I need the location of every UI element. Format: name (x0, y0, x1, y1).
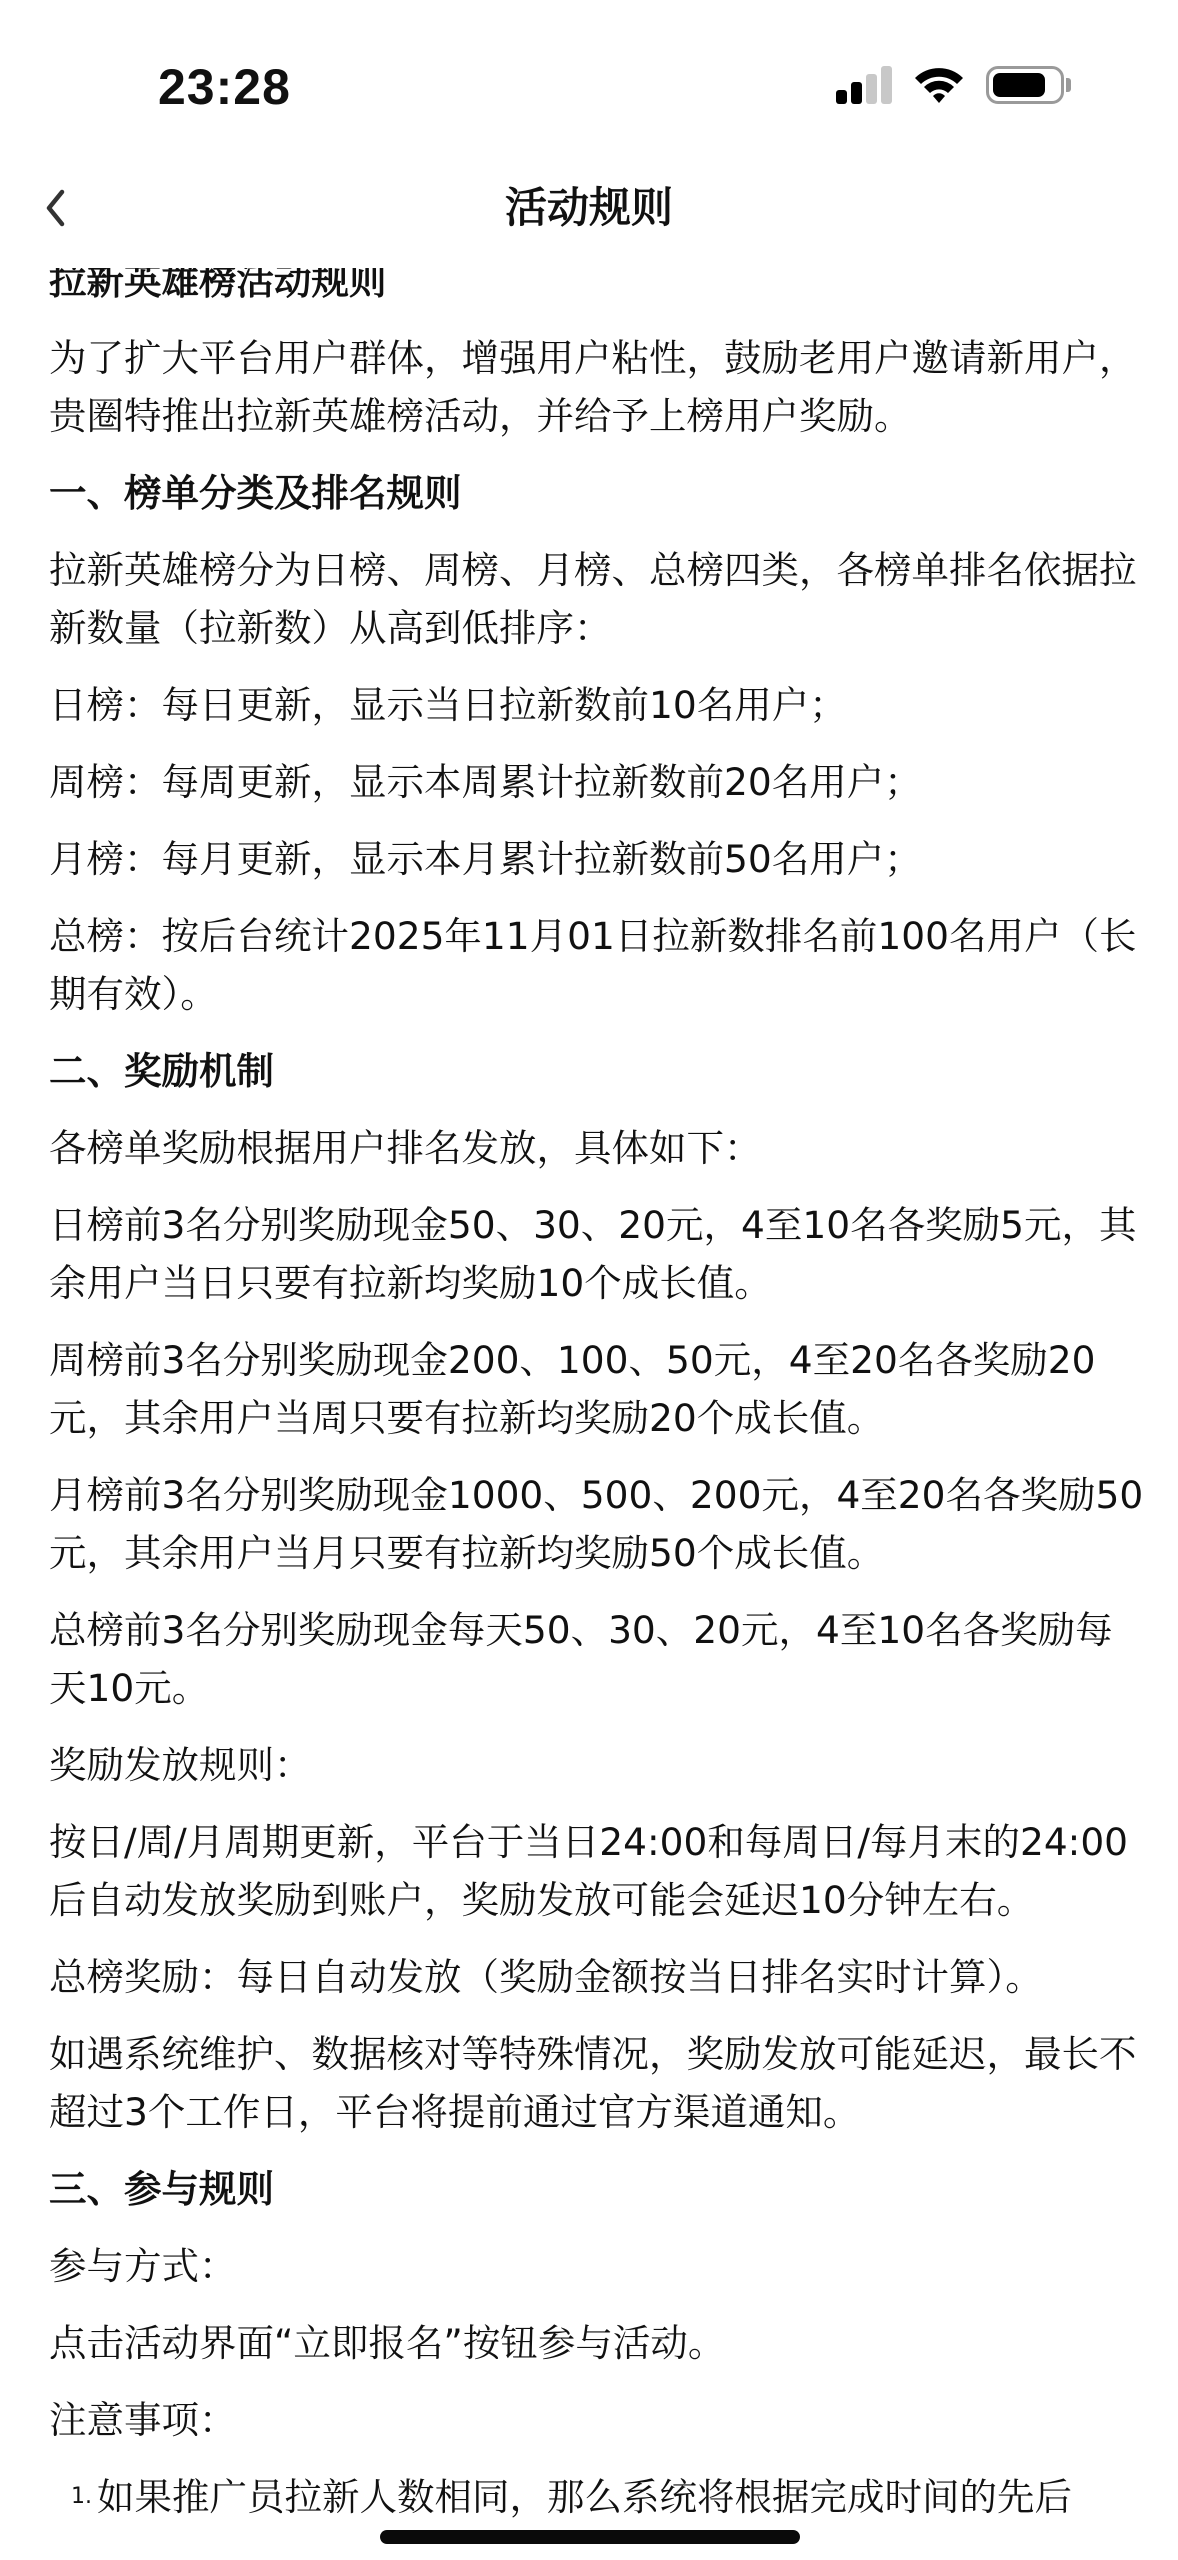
rules-content[interactable]: 拉新英雄榜活动规则 为了扩大平台用户群体，增强用户粘性，鼓励老用户邀请新用户，贵… (49, 252, 1148, 2526)
paragraph: 拉新英雄榜分为日榜、周榜、月榜、总榜四类，各榜单排名依据拉新数量（拉新数）从高到… (49, 541, 1148, 657)
paragraph-monthly-reward: 月榜前3名分别奖励现金1000、500、200元，4至20名各奖励50元，其余用… (49, 1466, 1148, 1582)
paragraph-daily-board: 日榜：每日更新，显示当日拉新数前10名用户； (49, 676, 1148, 734)
list-text: 如果推广员拉新人数相同，那么系统将根据完成时间的先后 (97, 2468, 1072, 2526)
section-heading-rewards: 二、奖励机制 (49, 1042, 1148, 1100)
paragraph-daily-reward: 日榜前3名分别奖励现金50、30、20元，4至10名各奖励5元，其余用户当日只要… (49, 1196, 1148, 1312)
paragraph-distribution-schedule: 按日/周/月周期更新，平台于当日24:00和每周日/每月末的24:00后自动发放… (49, 1813, 1148, 1929)
status-time: 23:28 (158, 58, 291, 116)
nav-bar: 活动规则 (0, 150, 1178, 268)
section-heading-ranking: 一、榜单分类及排名规则 (49, 464, 1148, 522)
list-item: 1. 如果推广员拉新人数相同，那么系统将根据完成时间的先后 (49, 2468, 1148, 2526)
page-title: 活动规则 (0, 178, 1178, 238)
paragraph: 各榜单奖励根据用户排名发放，具体如下： (49, 1119, 1148, 1177)
intro-paragraph: 为了扩大平台用户群体，增强用户粘性，鼓励老用户邀请新用户，贵圈特推出拉新英雄榜活… (49, 329, 1148, 445)
battery-cap (1066, 78, 1071, 92)
paragraph-total-distribution: 总榜奖励：每日自动发放（奖励金额按当日排名实时计算）。 (49, 1948, 1148, 2006)
section-heading-participation: 三、参与规则 (49, 2160, 1148, 2218)
paragraph-label-notes: 注意事项： (49, 2391, 1148, 2449)
paragraph-delay-notice: 如遇系统维护、数据核对等特殊情况，奖励发放可能延迟，最长不超过3个工作日，平台将… (49, 2025, 1148, 2141)
paragraph-label-method: 参与方式： (49, 2237, 1148, 2295)
paragraph-weekly-board: 周榜：每周更新，显示本周累计拉新数前20名用户； (49, 753, 1148, 811)
paragraph-monthly-board: 月榜：每月更新，显示本月累计拉新数前50名用户； (49, 830, 1148, 888)
paragraph-total-board: 总榜：按后台统计2025年11月01日拉新数排名前100名用户（长期有效）。 (49, 907, 1148, 1023)
signal-icon (836, 68, 896, 104)
list-number: 1. (49, 2468, 97, 2526)
paragraph-weekly-reward: 周榜前3名分别奖励现金200、100、50元，4至20名各奖励20元，其余用户当… (49, 1331, 1148, 1447)
paragraph-method: 点击活动界面“立即报名”按钮参与活动。 (49, 2314, 1148, 2372)
battery-level (993, 73, 1045, 97)
paragraph-total-reward: 总榜前3名分别奖励现金每天50、30、20元，4至10名各奖励每天10元。 (49, 1601, 1148, 1717)
status-bar: 23:28 (0, 0, 1178, 150)
battery-icon (986, 66, 1064, 104)
wifi-icon (913, 66, 965, 106)
paragraph-label-distribution: 奖励发放规则： (49, 1736, 1148, 1794)
home-indicator[interactable] (380, 2530, 800, 2544)
